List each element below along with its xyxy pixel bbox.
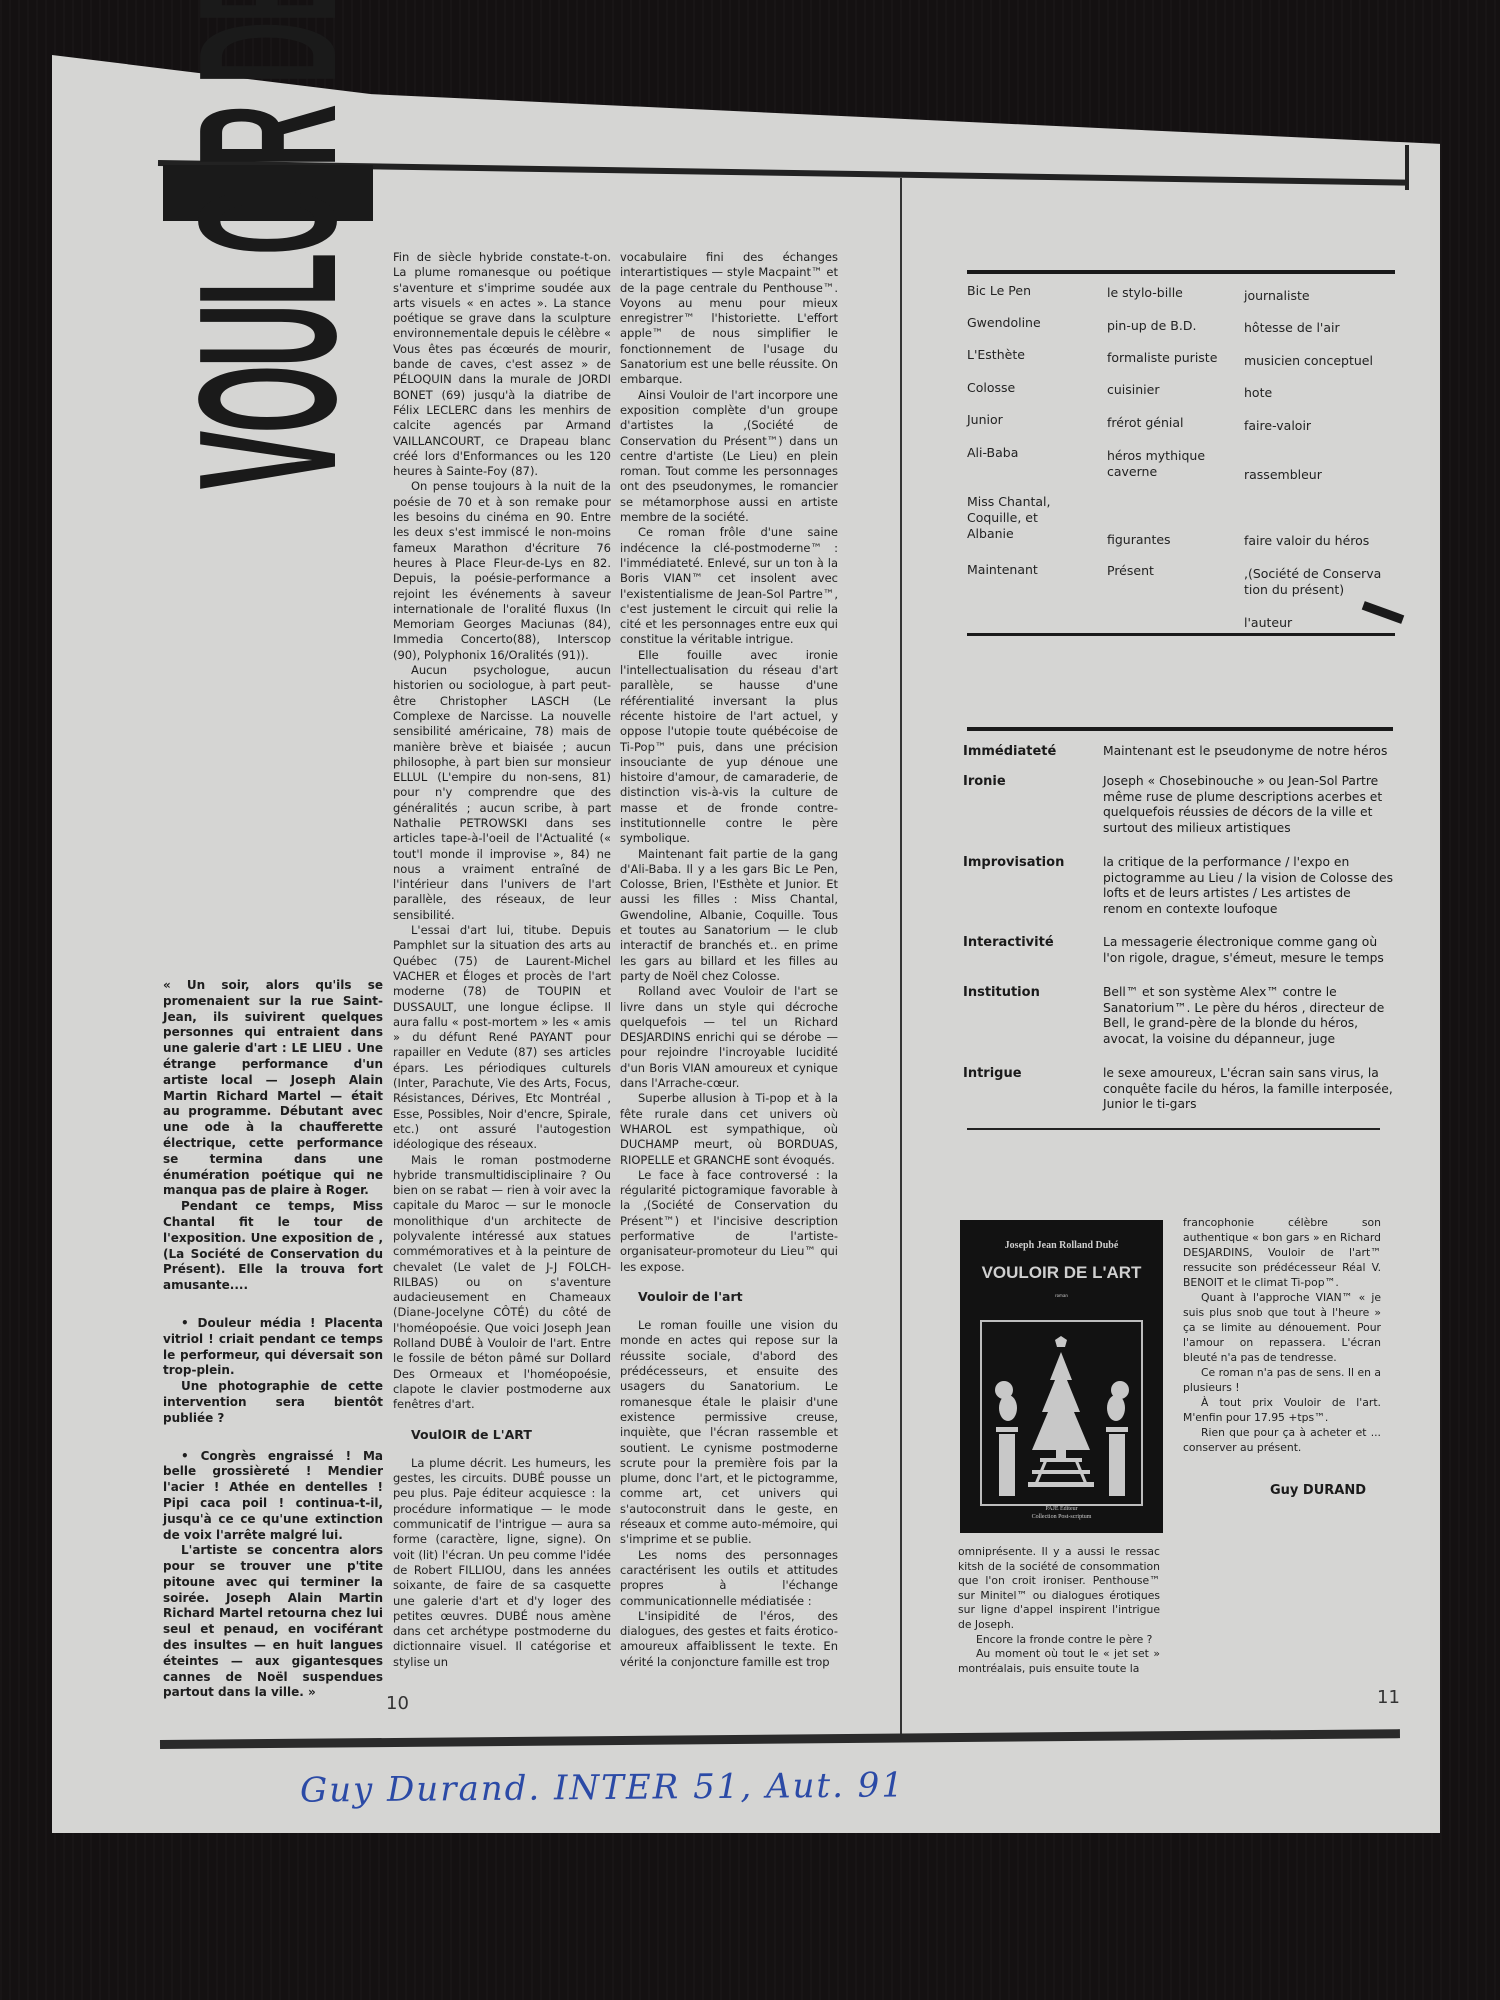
cast-type: figurantes xyxy=(1107,532,1171,548)
glossary-row: Improvisation la critique de la performa… xyxy=(963,855,1393,917)
cover-illustration xyxy=(980,1320,1143,1506)
body-paragraph: Ce roman frôle d'une saine indécence la … xyxy=(620,525,838,647)
cast-type: frérot génial xyxy=(1107,415,1184,431)
body-paragraph: L'insipidité de l'éros, des dialogues, d… xyxy=(620,1609,838,1670)
body-paragraph: Quant à l'approche VIAN™ « je suis plus … xyxy=(1183,1290,1381,1365)
book-author: Joseph Jean Rolland Dubé xyxy=(960,1240,1163,1251)
glossary-bottom-rule xyxy=(967,1128,1380,1130)
cast-role: rassembleur xyxy=(1244,467,1322,483)
article-title: VOULOIR DE L'ART xyxy=(163,210,373,970)
pullquote-paragraph: Une photographie de cette intervention s… xyxy=(163,1379,383,1426)
body-paragraph: On pense toujours à la nuit de la poésie… xyxy=(393,479,611,663)
cast-type: le stylo-bille xyxy=(1107,285,1183,301)
glossary-definition: La messagerie électronique comme gang où… xyxy=(1103,935,1393,966)
pullquote-paragraph: L'artiste se concentra alors pour se tro… xyxy=(163,1543,383,1701)
body-paragraph: vocabulaire fini des échanges interartis… xyxy=(620,250,838,388)
article-column-3: omniprésente. Il y a aussi le ressac kit… xyxy=(958,1545,1160,1676)
cast-type: cuisinier xyxy=(1107,382,1159,398)
glossary-row: Interactivité La messagerie électronique… xyxy=(963,935,1393,966)
book-title: VOULOIR DE L'ART xyxy=(960,1263,1163,1283)
cast-name: Colosse xyxy=(967,380,1015,396)
cast-role: faire-valoir xyxy=(1244,418,1311,434)
article-column-2: vocabulaire fini des échanges interartis… xyxy=(620,250,838,1670)
cast-role: faire valoir du héros xyxy=(1244,533,1369,549)
book-cover-image: Joseph Jean Rolland Dubé VOULOIR DE L'AR… xyxy=(960,1220,1163,1533)
cast-table-bottom-rule xyxy=(967,633,1395,636)
cast-name: Gwendoline xyxy=(967,315,1041,331)
right-border-tick xyxy=(1405,145,1409,190)
glossary-term: Ironie xyxy=(963,774,1103,836)
body-paragraph: Les noms des personnages caractérisent l… xyxy=(620,1548,838,1609)
glossary-definition: Maintenant est le pseudonyme de notre hé… xyxy=(1103,744,1393,760)
body-paragraph: Mais le roman postmoderne hybride transm… xyxy=(393,1153,611,1413)
cast-name: Miss Chantal, Coquille, et Albanie xyxy=(967,494,1057,542)
cast-table-top-rule xyxy=(967,270,1395,274)
body-paragraph: Maintenant fait partie de la gang d'Ali-… xyxy=(620,847,838,985)
cast-type: héros mythique caverne xyxy=(1107,448,1217,480)
cast-role: musicien conceptuel xyxy=(1244,353,1373,369)
cast-role: ,(Société de Conserva tion du présent) xyxy=(1244,566,1384,598)
page-number-left: 10 xyxy=(386,1693,409,1714)
glossary-definition: Joseph « Chosebinouche » ou Jean-Sol Par… xyxy=(1103,774,1393,836)
body-paragraph: Rien que pour ça à acheter et ... conser… xyxy=(1183,1425,1381,1455)
cast-name: L'Esthète xyxy=(967,347,1025,363)
body-paragraph: Encore la fronde contre le père ? xyxy=(958,1633,1160,1648)
cast-type: Présent xyxy=(1107,563,1154,579)
cast-name: Maintenant xyxy=(967,562,1038,578)
cast-role: hôtesse de l'air xyxy=(1244,320,1340,336)
glossary-row: Ironie Joseph « Chosebinouche » ou Jean-… xyxy=(963,774,1393,836)
glossary-row: Institution Bell™ et son système Alex™ c… xyxy=(963,985,1393,1047)
cast-type: formaliste puriste xyxy=(1107,350,1217,366)
body-paragraph: Ce roman n'a pas de sens. Il en a plusie… xyxy=(1183,1365,1381,1395)
article-column-1: Fin de siècle hybride constate-t-on. La … xyxy=(393,250,611,1670)
glossary-term: Intrigue xyxy=(963,1066,1103,1113)
book-publisher: PAJE Éditeur Collection Post-scriptum xyxy=(960,1505,1163,1521)
body-paragraph: Ainsi Vouloir de l'art incorpore une exp… xyxy=(620,388,838,526)
body-paragraph: Superbe allusion à Ti-pop et à la fête r… xyxy=(620,1091,838,1167)
handwritten-citation: Guy Durand. INTER 51, Aut. 91 xyxy=(300,1765,905,1810)
body-paragraph: Rolland avec Vouloir de l'art se livre d… xyxy=(620,984,838,1091)
glossary-row: Immédiateté Maintenant est le pseudonyme… xyxy=(963,744,1393,760)
glossary-term: Interactivité xyxy=(963,935,1103,966)
article-title-block: VOULOIR DE L'ART xyxy=(163,160,375,952)
body-paragraph: Elle fouille avec ironie l'intellectuali… xyxy=(620,648,838,847)
glossary-definition: la critique de la performance / l'expo e… xyxy=(1103,855,1393,917)
body-paragraph: L'essai d'art lui, titube. Depuis Pamphl… xyxy=(393,923,611,1152)
glossary-definition: Bell™ et son système Alex™ contre le San… xyxy=(1103,985,1393,1047)
cast-role: hote xyxy=(1244,385,1272,401)
body-paragraph: Le roman fouille une vision du monde en … xyxy=(620,1318,838,1547)
cast-name: Ali-Baba xyxy=(967,445,1018,461)
glossary-term: Institution xyxy=(963,985,1103,1047)
publisher-name: PAJE Éditeur xyxy=(960,1505,1163,1513)
pullquote-paragraph: Pendant ce temps, Miss Chantal fit le to… xyxy=(163,1199,383,1294)
section-heading: VoulOIR de L'ART xyxy=(411,1427,611,1442)
body-paragraph: Le face à face controversé : la régulari… xyxy=(620,1168,838,1275)
glossary-definition: le sexe amoureux, L'écran sain sans viru… xyxy=(1103,1066,1393,1113)
pullquote-paragraph: • Congrès engraissé ! Ma belle grossière… xyxy=(163,1449,383,1544)
pullquote-paragraph: • Douleur média ! Placenta vitriol ! cri… xyxy=(163,1316,383,1379)
page-gutter xyxy=(900,178,902,1738)
body-paragraph: omniprésente. Il y a aussi le ressac kit… xyxy=(958,1545,1160,1633)
glossary-top-rule xyxy=(967,727,1393,731)
collection-name: Collection Post-scriptum xyxy=(960,1513,1163,1521)
body-paragraph: À tout prix Vouloir de l'art. M'enfin po… xyxy=(1183,1395,1381,1425)
page-number-right: 11 xyxy=(1377,1687,1400,1708)
pullquote-column: « Un soir, alors qu'ils se promenaient s… xyxy=(163,978,383,1701)
author-signature: Guy DURAND xyxy=(1270,1483,1366,1498)
cast-name: Bic Le Pen xyxy=(967,283,1031,299)
article-column-4: francophonie célèbre son authentique « b… xyxy=(1183,1215,1381,1455)
christmas-tree-cherubs-icon xyxy=(982,1322,1141,1504)
cast-role: journaliste xyxy=(1244,288,1310,304)
cast-name: Junior xyxy=(967,412,1003,428)
glossary-term: Improvisation xyxy=(963,855,1103,917)
book-genre: roman xyxy=(960,1293,1163,1298)
body-paragraph: Au moment où tout le « jet set » montréa… xyxy=(958,1647,1160,1676)
pullquote-paragraph: « Un soir, alors qu'ils se promenaient s… xyxy=(163,978,383,1199)
glossary-term: Immédiateté xyxy=(963,744,1103,760)
cast-type: pin-up de B.D. xyxy=(1107,318,1196,334)
body-paragraph: La plume décrit. Les humeurs, les gestes… xyxy=(393,1456,611,1670)
body-paragraph: Fin de siècle hybride constate-t-on. La … xyxy=(393,250,611,479)
body-paragraph: francophonie célèbre son authentique « b… xyxy=(1183,1215,1381,1290)
glossary-row: Intrigue le sexe amoureux, L'écran sain … xyxy=(963,1066,1393,1113)
cast-role: l'auteur xyxy=(1244,615,1292,631)
section-heading: Vouloir de l'art xyxy=(638,1289,838,1304)
body-paragraph: Aucun psychologue, aucun historien ou so… xyxy=(393,663,611,923)
